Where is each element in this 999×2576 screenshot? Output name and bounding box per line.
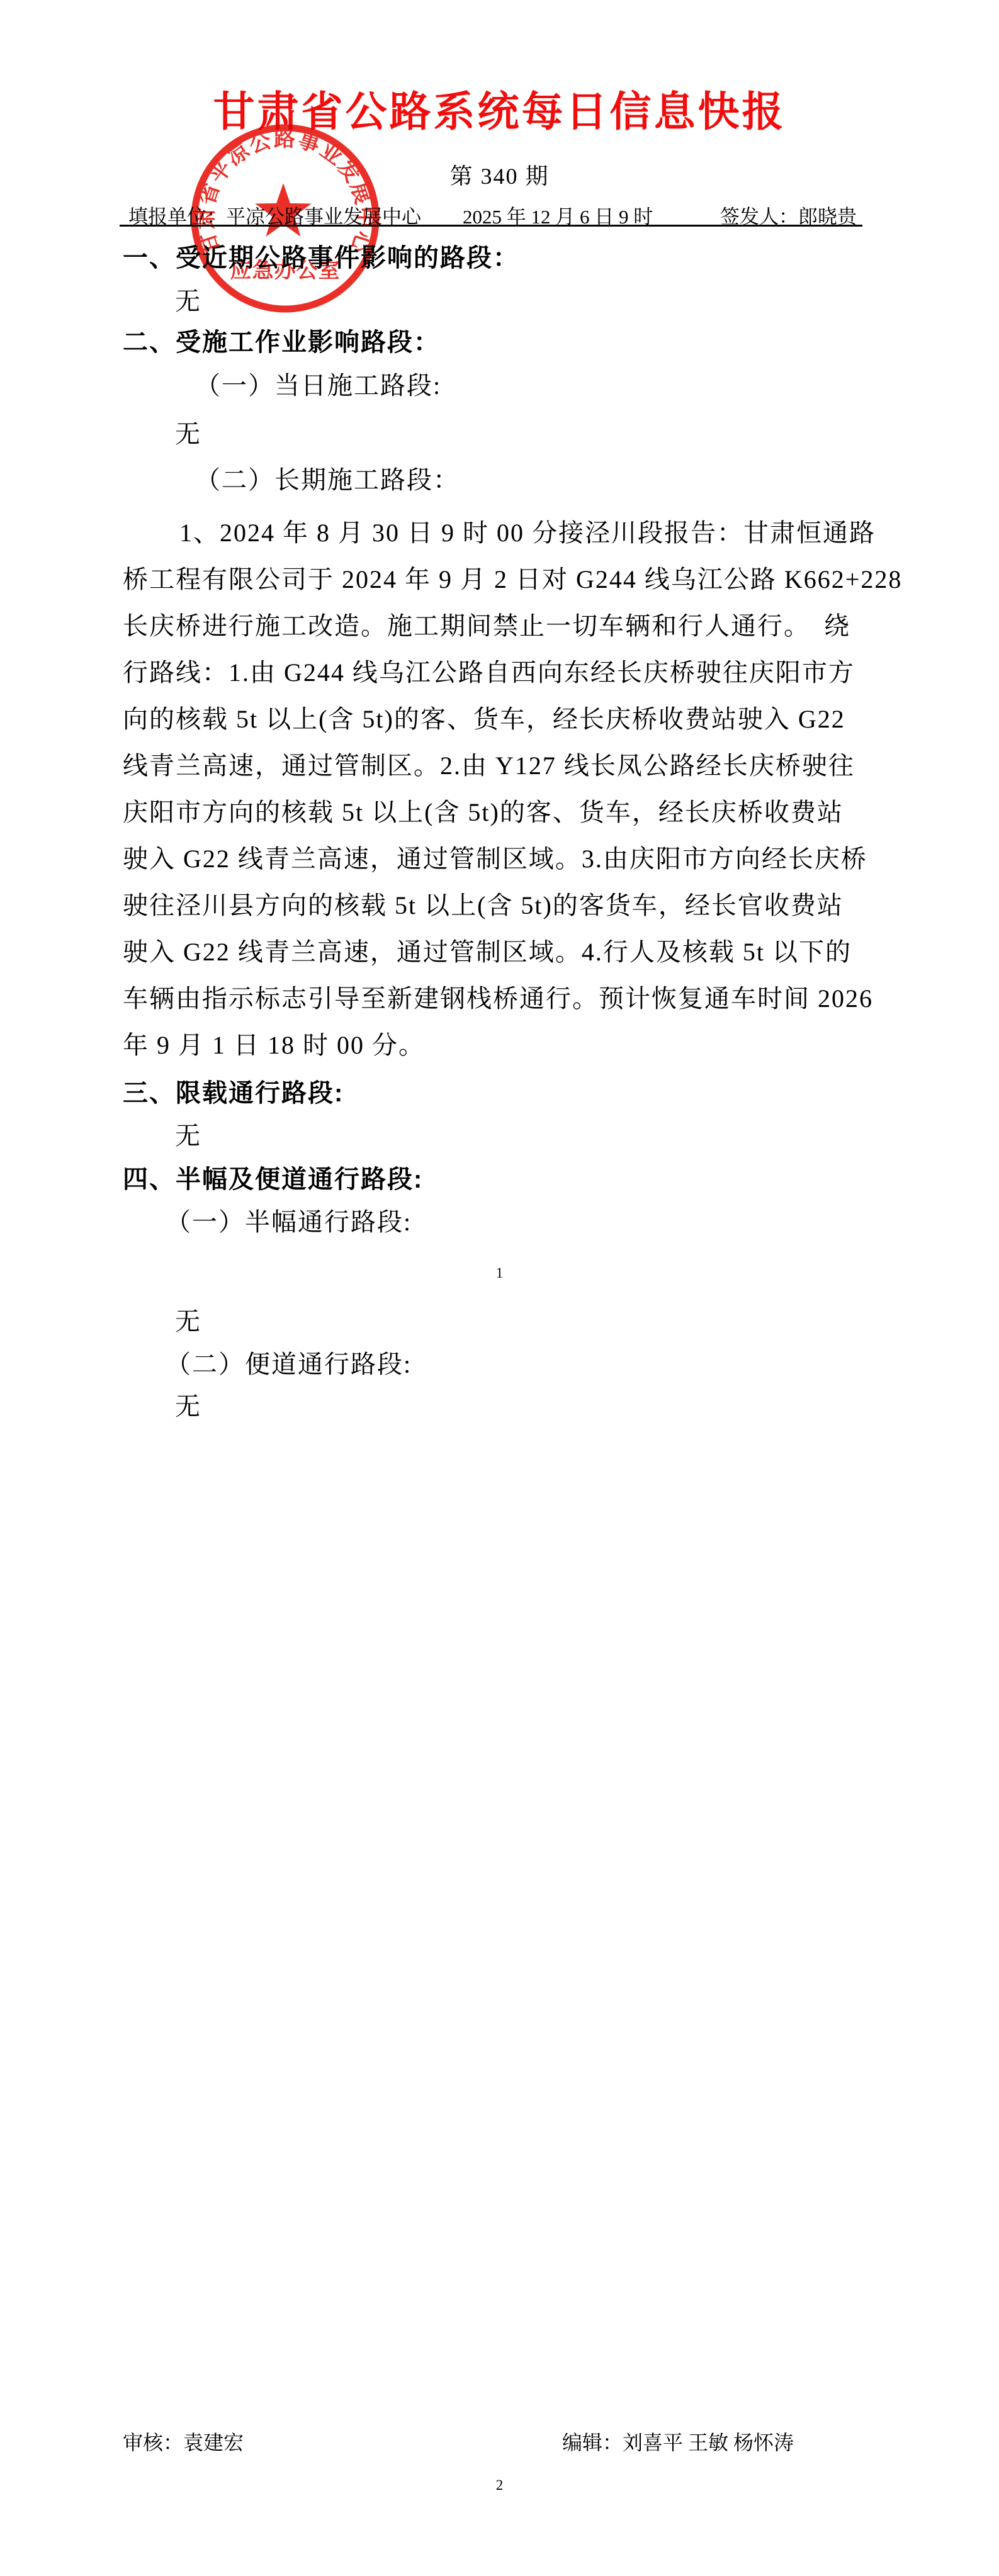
- issue-number: 第 340 期: [0, 159, 999, 191]
- paragraph-line: 车辆由指示标志引导至新建钢栈桥通行。预计恢复通车时间 2026: [123, 976, 888, 1022]
- paragraph-line: 桥工程有限公司于 2024 年 9 月 2 日对 G244 线乌江公路 K662…: [123, 556, 888, 603]
- paragraph-line: 1、2024 年 8 月 30 日 9 时 00 分接泾川段报告：甘肃恒通路: [123, 510, 888, 556]
- report-datetime: 2025 年 12 月 6 日 9 时: [463, 201, 653, 229]
- paragraph-line: 驶往泾川县方向的核载 5t 以上(含 5t)的客货车，经长官收费站: [123, 882, 888, 929]
- paragraph-line: 庆阳市方向的核载 5t 以上(含 5t)的客、货车，经长庆桥收费站: [123, 789, 888, 836]
- paragraph-line: 年 9 月 1 日 18 时 00 分。: [123, 1022, 888, 1069]
- page-title: 甘肃省公路系统每日信息快报: [0, 78, 999, 138]
- section-4-heading: 四、半幅及便道通行路段:: [123, 1159, 423, 1195]
- paragraph-line: 向的核载 5t 以上(含 5t)的客、货车，经长庆桥收费站驶入 G22: [123, 696, 888, 743]
- star-icon: [255, 183, 311, 237]
- section-2-heading: 二、受施工作业影响路段：: [123, 322, 440, 358]
- seal-office-text: 应急办公室: [230, 258, 341, 283]
- paragraph-line: 驶入 G22 线青兰高速，通过管制区域。3.由庆阳市方向经长庆桥: [123, 836, 888, 882]
- official-seal: 甘肃省平凉公路事业发展中心 应急办公室: [184, 118, 386, 319]
- section-3-none: 无: [175, 1116, 200, 1152]
- editors-credit: 编辑：刘喜平 王敏 杨怀涛: [562, 2427, 794, 2456]
- page-number-2: 2: [0, 2477, 999, 2494]
- section-2-1-heading: （一）当日施工路段:: [195, 366, 441, 402]
- paragraph-line: 长庆桥进行施工改造。施工期间禁止一切车辆和行人通行。 绕: [123, 603, 888, 650]
- page-number-1: 1: [0, 1265, 999, 1281]
- issuer-name: 签发人：郎晓贵: [720, 201, 857, 229]
- paragraph-line: 驶入 G22 线青兰高速，通过管制区域。4.行人及核载 5t 以下的: [123, 929, 888, 976]
- footer-row: 审核：袁建宏 编辑：刘喜平 王敏 杨怀涛: [123, 2427, 875, 2452]
- reviewer-credit: 审核：袁建宏: [123, 2427, 244, 2456]
- section-3-heading: 三、限载通行路段:: [123, 1073, 344, 1109]
- section-4-1-none: 无: [175, 1302, 200, 1337]
- construction-notice-paragraph: 1、2024 年 8 月 30 日 9 时 00 分接泾川段报告：甘肃恒通路 桥…: [123, 510, 888, 1069]
- section-2-1-none: 无: [175, 414, 200, 450]
- section-4-1-heading: （一）半幅通行路段:: [166, 1202, 412, 1238]
- paragraph-line: 线青兰高速，通过管制区。2.由 Y127 线长凤公路经长庆桥驶往: [123, 743, 888, 789]
- paragraph-line: 行路线：1.由 G244 线乌江公路自西向东经长庆桥驶往庆阳市方: [123, 650, 888, 696]
- daily-bulletin-page: 甘肃省公路系统每日信息快报 第 340 期 填报单位：平凉公路事业发展中心 20…: [0, 0, 999, 2576]
- section-2-2-heading: （二）长期施工路段：: [195, 460, 460, 496]
- section-4-2-none: 无: [175, 1386, 200, 1422]
- section-4-2-heading: （二）便道通行路段:: [166, 1344, 412, 1380]
